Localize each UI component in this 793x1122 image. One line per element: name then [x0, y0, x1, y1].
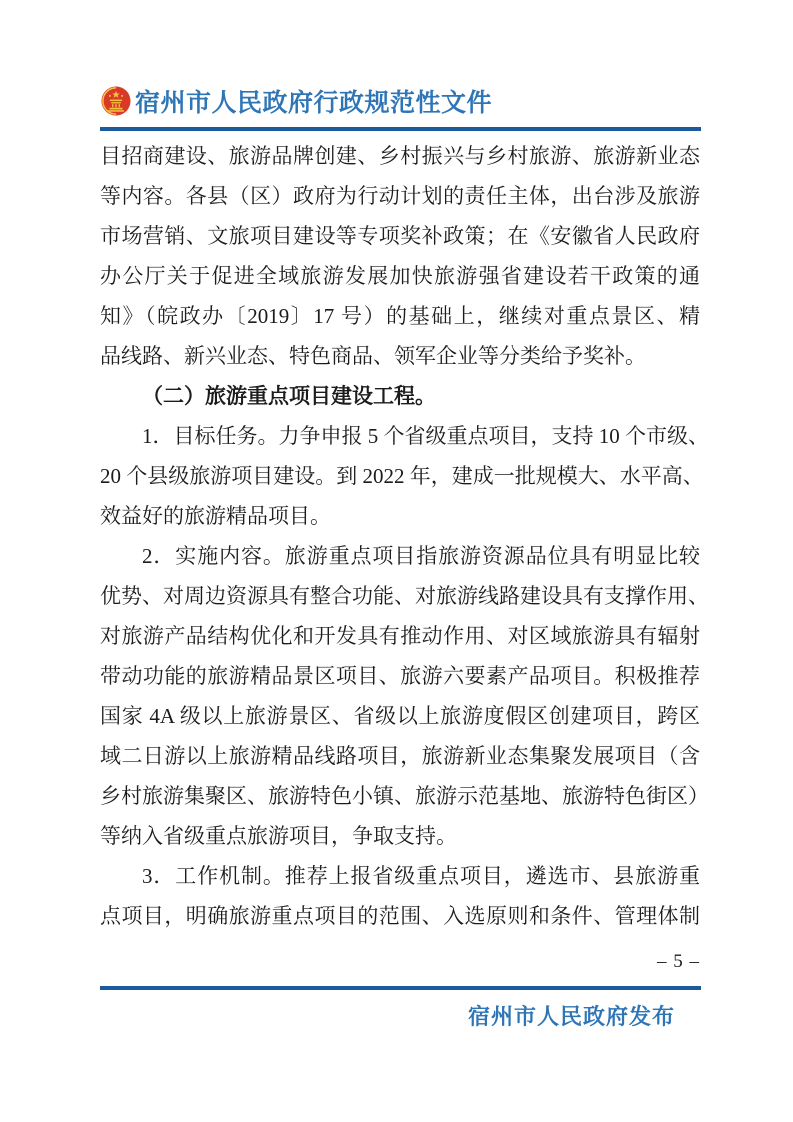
document-body: 目招商建设、旅游品牌创建、乡村振兴与乡村旅游、旅游新业态等内容。各县（区）政府为… [100, 136, 700, 936]
publisher-label: 宿州市人民政府发布 [100, 1002, 675, 1032]
page-number: – 5 – [100, 949, 700, 975]
body-line: 办公厅关于促进全域旅游发展加快旅游强省建设若干政策的通 [100, 256, 700, 296]
national-emblem-icon [101, 86, 131, 116]
body-line: 市场营销、文旅项目建设等专项奖补政策；在《安徽省人民政府 [100, 216, 700, 256]
body-line: 国家 4A 级以上旅游景区、省级以上旅游度假区创建项目，跨区 [100, 696, 700, 736]
body-line: 带动功能的旅游精品景区项目、旅游六要素产品项目。积极推荐 [100, 656, 700, 696]
body-line: 2．实施内容。旅游重点项目指旅游资源品位具有明显比较 [100, 536, 700, 576]
body-line: 3．工作机制。推荐上报省级重点项目，遴选市、县旅游重 [100, 856, 700, 896]
body-line: 对旅游产品结构优化和开发具有推动作用、对区域旅游具有辐射 [100, 616, 700, 656]
body-line: 20 个县级旅游项目建设。到 2022 年，建成一批规模大、水平高、 [100, 456, 700, 496]
body-line: 乡村旅游集聚区、旅游特色小镇、旅游示范基地、旅游特色街区） [100, 776, 700, 816]
footer-rule [100, 986, 701, 990]
body-line: 优势、对周边资源具有整合功能、对旅游线路建设具有支撑作用、 [100, 576, 700, 616]
body-line: 1．目标任务。力争申报 5 个省级重点项目，支持 10 个市级、 [100, 416, 700, 456]
document-header: 宿州市人民政府行政规范性文件 [101, 84, 701, 118]
body-line: 域二日游以上旅游精品线路项目，旅游新业态集聚发展项目（含 [100, 736, 700, 776]
body-line: 等内容。各县（区）政府为行动计划的责任主体，出台涉及旅游 [100, 176, 700, 216]
body-line: 效益好的旅游精品项目。 [100, 496, 700, 536]
document-page: 宿州市人民政府行政规范性文件 目招商建设、旅游品牌创建、乡村振兴与乡村旅游、旅游… [0, 0, 793, 1122]
body-line: 品线路、新兴业态、特色商品、领军企业等分类给予奖补。 [100, 336, 700, 376]
document-header-title: 宿州市人民政府行政规范性文件 [135, 83, 492, 119]
body-line: 点项目，明确旅游重点项目的范围、入选原则和条件、管理体制 [100, 896, 700, 936]
body-line: 知》（皖政办〔2019〕17 号）的基础上，继续对重点景区、精 [100, 296, 700, 336]
body-line: 等纳入省级重点旅游项目，争取支持。 [100, 816, 700, 856]
body-line: （二）旅游重点项目建设工程。 [100, 376, 700, 416]
header-rule [100, 127, 701, 131]
body-line: 目招商建设、旅游品牌创建、乡村振兴与乡村旅游、旅游新业态 [100, 136, 700, 176]
